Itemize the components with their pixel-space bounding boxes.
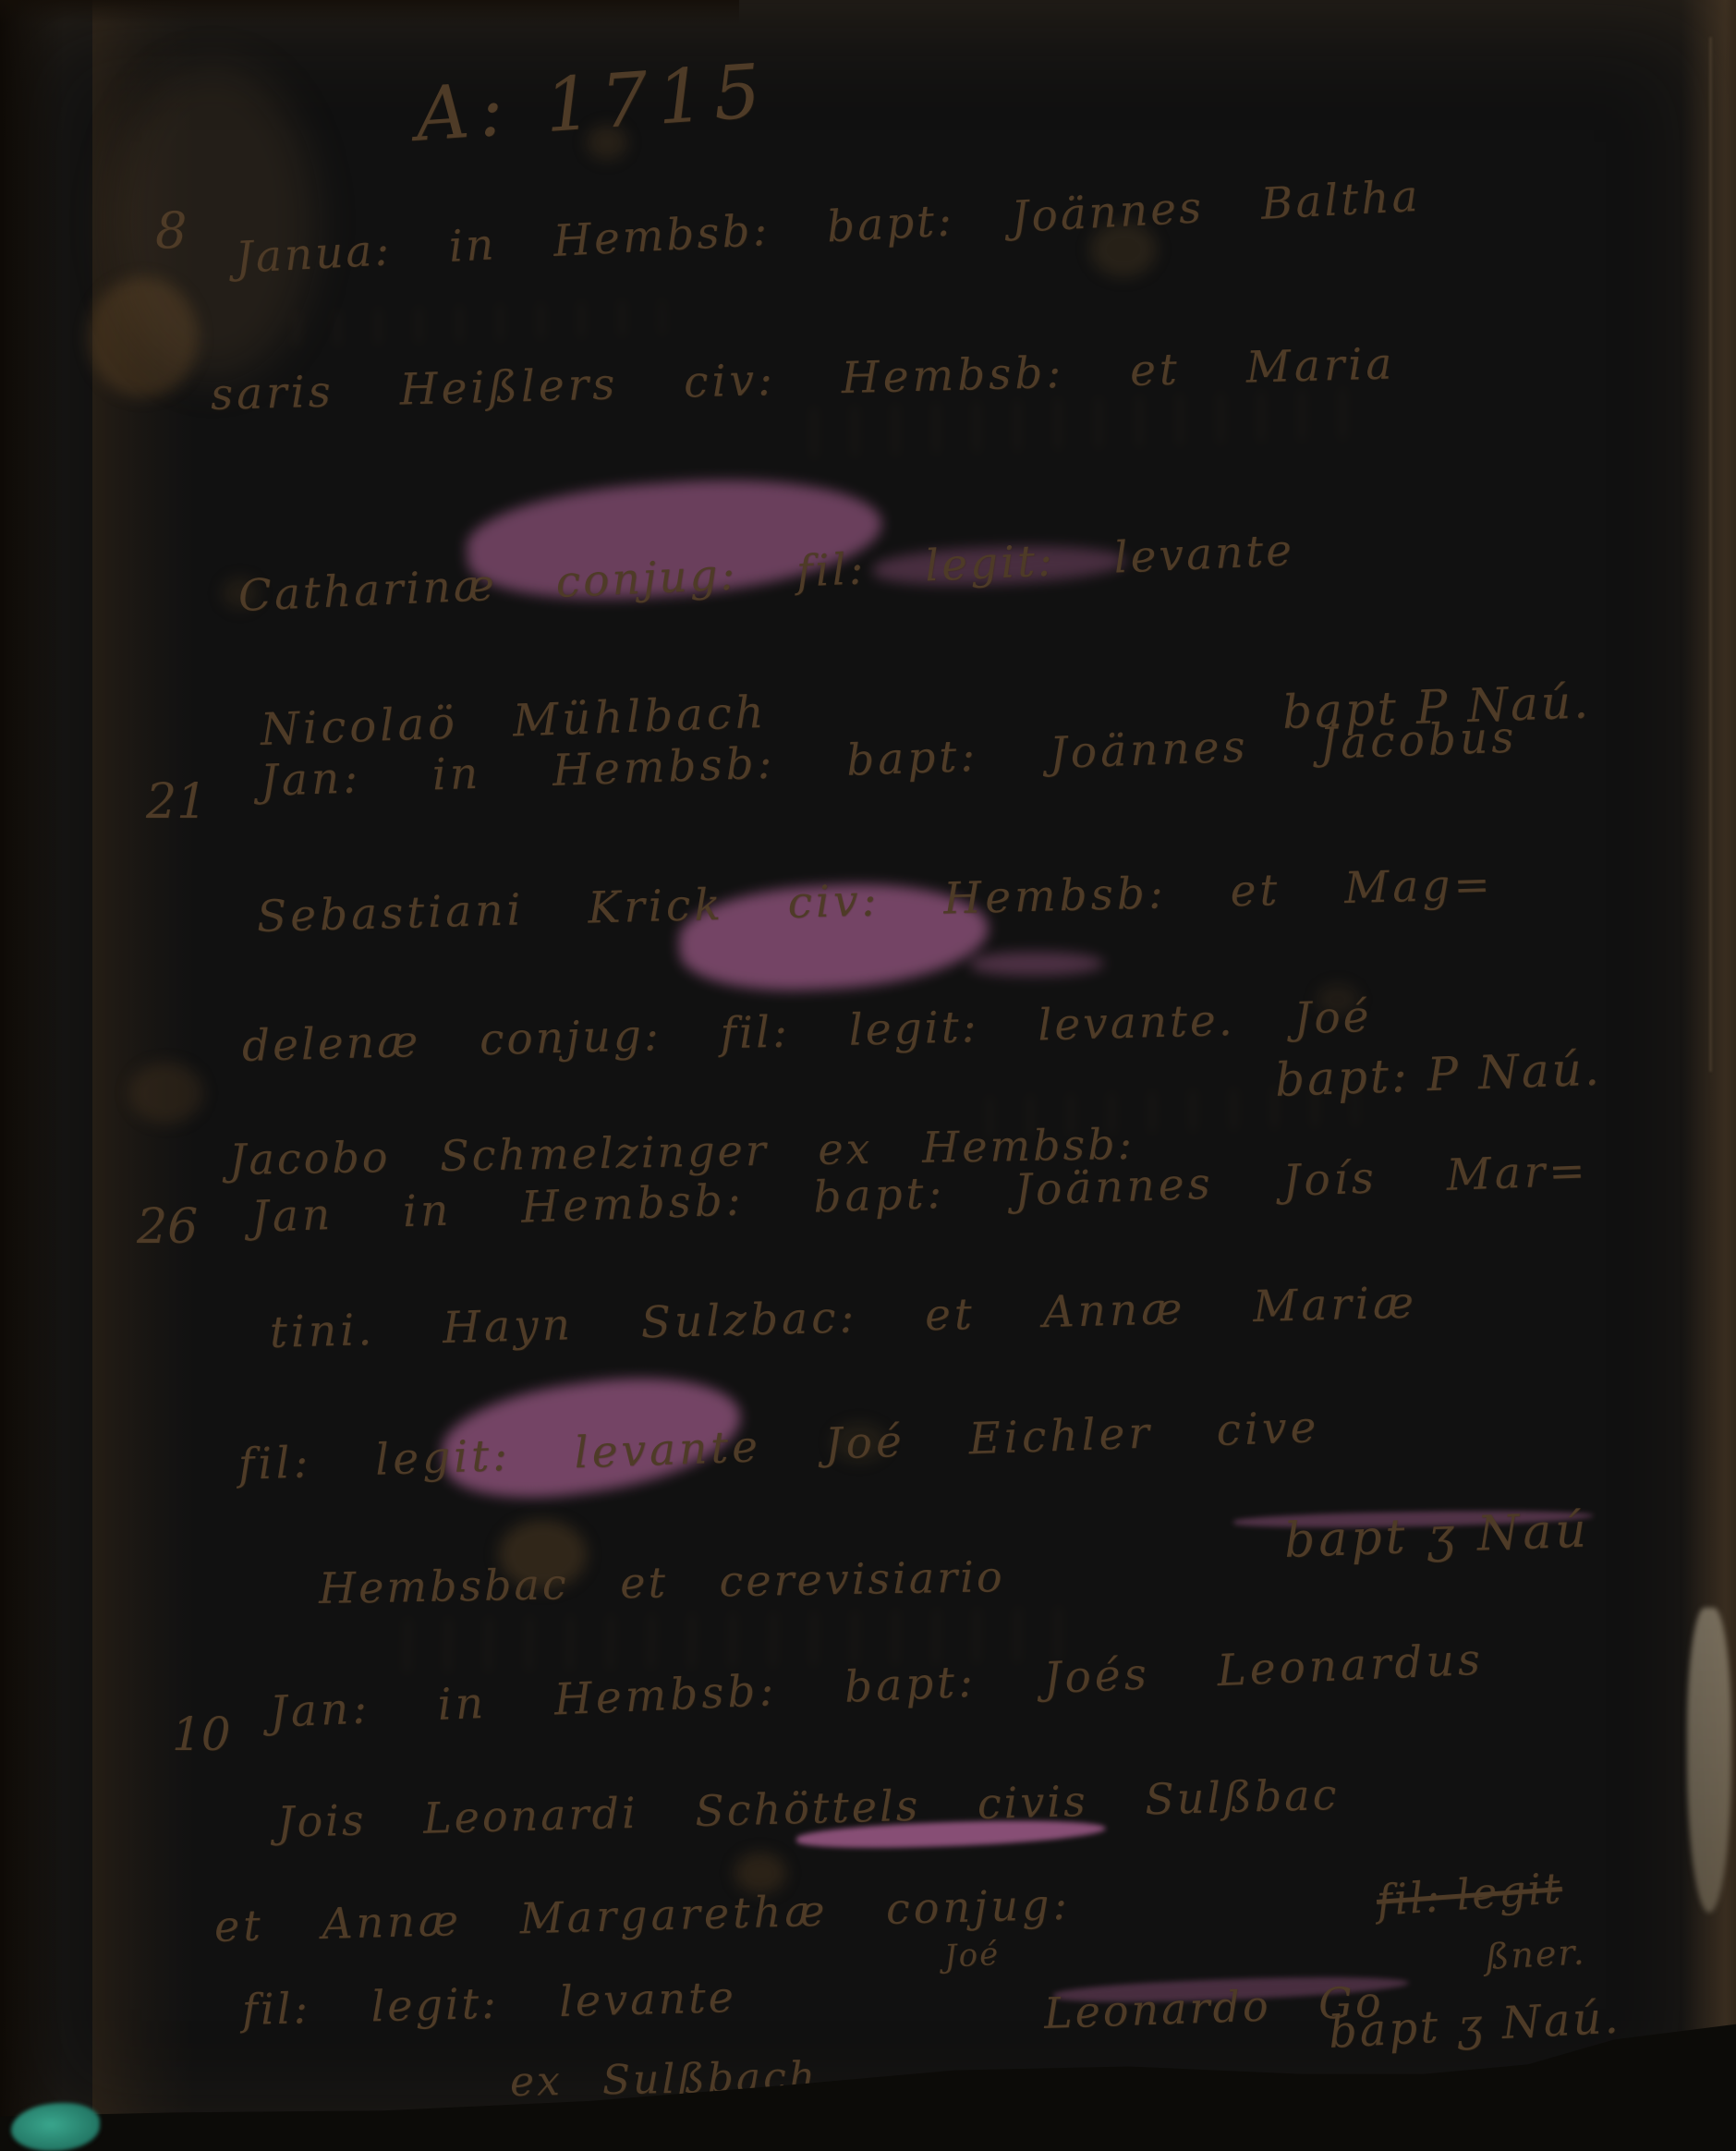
fore-edge-blob (1687, 1608, 1731, 1913)
scan-top-edge (0, 0, 739, 24)
entry4-insert-above: Joé (943, 1936, 1001, 1975)
entry4-line4a: fil: legit: levante (241, 1972, 736, 2035)
entry3-day: 26 (137, 1199, 198, 1255)
entry2-signature: bapt: P Naú. (1274, 1042, 1603, 1107)
entry3-signature: bapt ʒ Naú (1283, 1502, 1591, 1569)
entry4-day: 10 (172, 1707, 231, 1761)
entry4-raised-suffix: ßner. (1485, 1931, 1587, 1977)
page-title-year: A: 1715 (413, 47, 772, 158)
entry2-line3: delenæ conjug: fil: legit: levante. Joé (241, 991, 1372, 1072)
paper-stain (111, 65, 314, 379)
entry3-line4: Hembsbac et cerevisiario (319, 1551, 1005, 1613)
entry1-line1: Janua: in Hembsb: bapt: Joännes Baltha (235, 171, 1422, 284)
paper-stain (129, 1063, 203, 1124)
entry3-line2: tini. Hayn Sulzbac: et Annæ Mariæ (269, 1277, 1417, 1358)
entry3-line3: fil: legit: levante Joé Eichler cive (237, 1402, 1320, 1490)
pink-highlight-streak (970, 952, 1104, 976)
page-crease-line (1709, 37, 1712, 1072)
entry2-day: 21 (146, 774, 207, 830)
bleedthrough-smudge (276, 298, 665, 349)
manuscript-page: A: 1715 8 Janua: in Hembsb: bapt: Joänne… (0, 0, 1736, 2151)
book-spine-dark-overlay (0, 0, 65, 2151)
entry4-struck-text: fil: legit (1375, 1863, 1563, 1926)
entry1-day: 8 (155, 201, 187, 260)
